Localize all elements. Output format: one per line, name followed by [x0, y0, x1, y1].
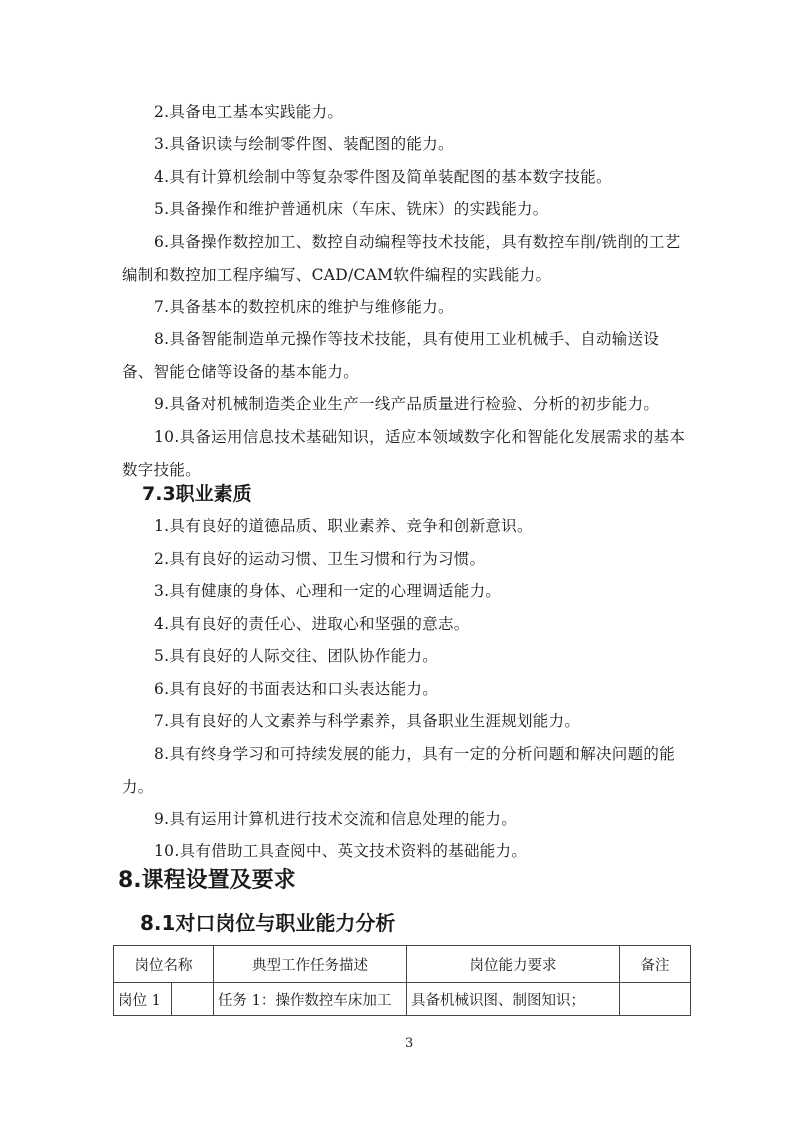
list-item: 6.具有良好的书面表达和口头表达能力。 [122, 673, 688, 706]
table-header-cell: 典型工作任务描述 [214, 946, 407, 983]
list-item: 10.具有借助工具查阅中、英文技术资料的基础能力。 [122, 835, 688, 868]
section-heading-8-1: 8.1对口岗位与职业能力分析 [140, 909, 395, 937]
list-item: 2.具备电工基本实践能力。 [122, 96, 688, 129]
list-item: 3.具备识读与绘制零件图、装配图的能力。 [122, 128, 688, 161]
list-item: 8.具有终身学习和可持续发展的能力，具有一定的分析问题和解决问题的能力。 [122, 738, 688, 803]
list-item: 5.具备操作和维护普通机床（车床、铣床）的实践能力。 [122, 193, 688, 226]
table-cell: 任务 1：操作数控车床加工 [214, 983, 407, 1016]
table-cell [620, 983, 691, 1016]
list-item: 8.具备智能制造单元操作等技术技能，具有使用工业机械手、自动输送设备、智能仓储等… [122, 323, 688, 388]
section-heading-7-3: 7.3职业素质 [142, 481, 252, 507]
table-header-cell: 岗位名称 [114, 946, 214, 983]
table-header-row: 岗位名称 典型工作任务描述 岗位能力要求 备注 [114, 946, 691, 983]
page-number: 3 [405, 1036, 413, 1051]
list-item: 4.具有良好的责任心、进取心和坚强的意志。 [122, 608, 688, 641]
list-item: 3.具有健康的身体、心理和一定的心理调适能力。 [122, 575, 688, 608]
list-item: 2.具有良好的运动习惯、卫生习惯和行为习惯。 [122, 543, 688, 576]
list-item: 9.具有运用计算机进行技术交流和信息处理的能力。 [122, 803, 688, 836]
list-item: 10.具备运用信息技术基础知识，适应本领域数字化和智能化发展需求的基本数字技能。 [122, 421, 688, 486]
list-item: 4.具有计算机绘制中等复杂零件图及简单装配图的基本数字技能。 [122, 161, 688, 194]
table-row: 岗位 1 任务 1：操作数控车床加工 具备机械识图、制图知识； [114, 983, 691, 1016]
list-item: 5.具有良好的人际交往、团队协作能力。 [122, 640, 688, 673]
table-header-cell: 备注 [620, 946, 691, 983]
section-heading-8: 8.课程设置及要求 [118, 866, 296, 896]
table-header-cell: 岗位能力要求 [407, 946, 620, 983]
list-item: 6.具备操作数控加工、数控自动编程等技术技能，具有数控车削/铣削的工艺编制和数控… [122, 226, 688, 291]
list-item: 7.具有良好的人文素养与科学素养，具备职业生涯规划能力。 [122, 705, 688, 738]
table-cell: 岗位 1 [114, 983, 172, 1016]
list-item: 1.具有良好的道德品质、职业素养、竞争和创新意识。 [122, 510, 688, 543]
list-item: 7.具备基本的数控机床的维护与维修能力。 [122, 291, 688, 324]
table-cell: 具备机械识图、制图知识； [407, 983, 620, 1016]
job-analysis-table: 岗位名称 典型工作任务描述 岗位能力要求 备注 岗位 1 任务 1：操作数控车床… [113, 945, 691, 1016]
table-cell [171, 983, 213, 1016]
document-page: 2.具备电工基本实践能力。 3.具备识读与绘制零件图、装配图的能力。 4.具有计… [0, 0, 800, 1130]
list-item: 9.具备对机械制造类企业生产一线产品质量进行检验、分析的初步能力。 [122, 388, 688, 421]
